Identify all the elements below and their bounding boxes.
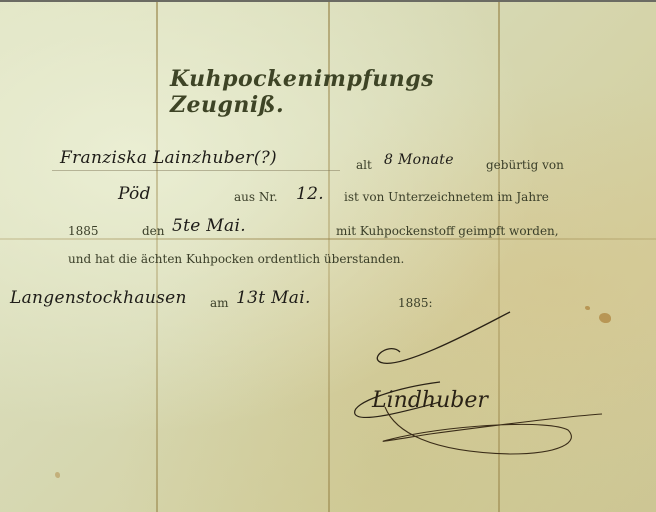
- fold-line: [0, 238, 656, 240]
- fill-line: [52, 170, 340, 171]
- handwritten-vaccination-date: 5te Mai.: [172, 216, 246, 236]
- label-aus-nr: aus Nr.: [234, 190, 278, 204]
- label-alt: alt: [356, 158, 372, 172]
- document-title: Kuhpockenimpfungs Zeugniß.: [170, 66, 470, 118]
- handwritten-place: Pöd: [118, 184, 151, 204]
- stain: [55, 472, 60, 478]
- handwritten-issue-place: Langenstockhausen: [10, 288, 187, 308]
- label-year: 1885: [68, 224, 99, 238]
- signature: Lindhuber: [372, 388, 488, 413]
- signature-flourish-icon: [340, 302, 620, 462]
- vaccination-certificate: Kuhpockenimpfungs Zeugniß. Franziska Lai…: [0, 2, 656, 512]
- text-vaccinated-with: mit Kuhpockenstoff geimpft worden,: [336, 224, 559, 238]
- handwritten-house-number: 12.: [296, 184, 324, 204]
- handwritten-issue-date: 13t Mai.: [236, 288, 311, 308]
- text-vaccinated-by: ist von Unterzeichnetem im Jahre: [344, 190, 549, 204]
- label-gebuertig: gebürtig von: [486, 158, 564, 172]
- label-den: den: [142, 224, 165, 238]
- handwritten-name: Franziska Lainzhuber(?): [60, 148, 277, 168]
- label-am: am: [210, 296, 229, 310]
- text-survived: und hat die ächten Kuhpocken ordentlich …: [68, 252, 404, 266]
- handwritten-age: 8 Monate: [384, 152, 454, 168]
